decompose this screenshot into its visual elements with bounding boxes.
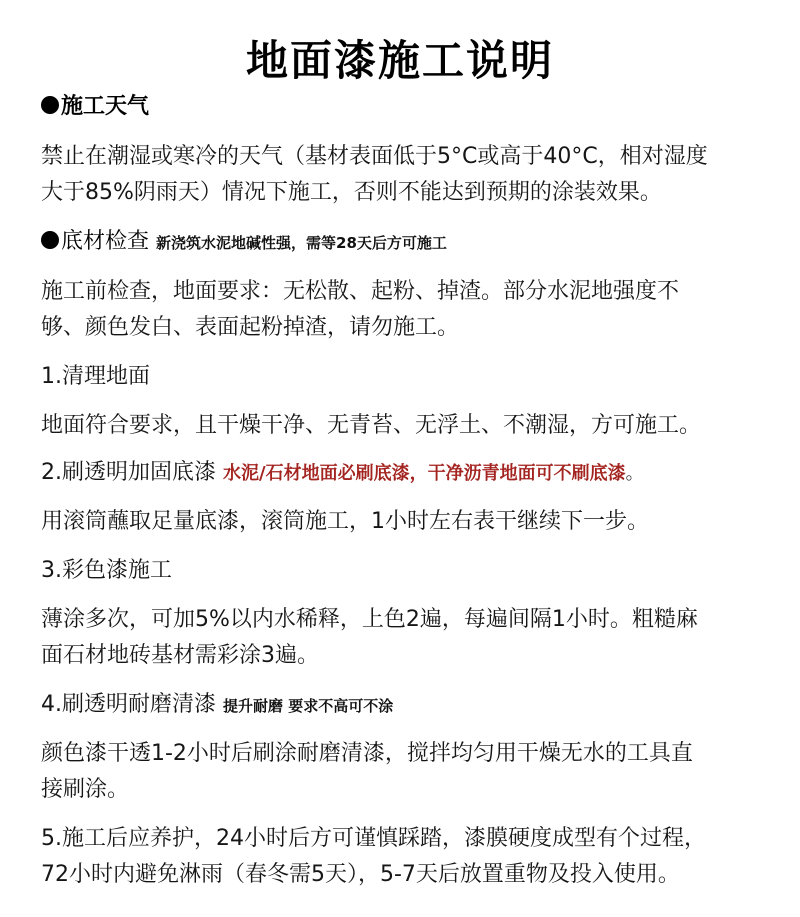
substrate-note: 新浇筑水泥地碱性强，需等28天后方可施工 bbox=[156, 234, 447, 252]
step2-text: 用滚筒蘸取足量底漆，滚筒施工，1小时左右表干继续下一步。 bbox=[41, 507, 649, 537]
section-weather-heading: 施工天气 bbox=[41, 92, 149, 122]
weather-text-line-2: 大于85%阴雨天）情况下施工，否则不能达到预期的涂装效果。 bbox=[41, 178, 662, 208]
step2-heading: 2.刷透明加固底漆 水泥/石材地面必刷底漆，干净沥青地面可不刷底漆。 bbox=[41, 458, 644, 489]
heading-text: 2.刷透明加固底漆 bbox=[41, 460, 216, 485]
step1-heading: 1.清理地面 bbox=[41, 362, 150, 392]
step3-text-line-1: 薄涂多次，可加5%以内水稀释，上色2遍，每遍间隔1小时。粗糙麻 bbox=[41, 605, 698, 635]
step4-note: 提升耐磨 要求不高可不涂 bbox=[223, 697, 393, 715]
step5-text-line-1: 5.施工后应养护，24小时后方可谨慎踩踏，漆膜硬度成型有个过程， bbox=[41, 824, 706, 854]
heading-text: 4.刷透明耐磨清漆 bbox=[41, 692, 216, 717]
page-title: 地面漆施工说明 bbox=[0, 28, 800, 88]
weather-text-line-1: 禁止在潮湿或寒冷的天气（基材表面低于5°C或高于40°C，相对湿度 bbox=[41, 142, 708, 172]
step2-warning-note: 水泥/石材地面必刷底漆，干净沥青地面可不刷底漆 bbox=[223, 463, 626, 484]
step1-text: 地面符合要求，且干燥干净、无青苔、无浮土、不潮湿，方可施工。 bbox=[41, 411, 701, 441]
step5-text-line-2: 72小时内避免淋雨（春冬需5天），5-7天后放置重物及投入使用。 bbox=[41, 860, 680, 890]
step3-text-line-2: 面石材地砖基材需彩涂3遍。 bbox=[41, 641, 319, 671]
heading-text: 施工天气 bbox=[61, 94, 149, 119]
step4-text-line-2: 接刷涂。 bbox=[41, 775, 129, 805]
step4-text-line-1: 颜色漆干透1-2小时后刷涂耐磨清漆，搅拌均匀用干燥无水的工具直 bbox=[41, 739, 693, 769]
note-tail: 。 bbox=[626, 463, 644, 484]
bullet-icon bbox=[41, 231, 59, 249]
step3-heading: 3.彩色漆施工 bbox=[41, 556, 172, 586]
bullet-icon bbox=[41, 96, 59, 114]
substrate-text-line-2: 够、颜色发白、表面起粉掉渣，请勿施工。 bbox=[41, 313, 459, 343]
substrate-text-line-1: 施工前检查，地面要求：无松散、起粉、掉渣。部分水泥地强度不 bbox=[41, 277, 679, 307]
heading-text: 底材检查 bbox=[61, 229, 149, 254]
section-substrate-heading: 底材检查 新浇筑水泥地碱性强，需等28天后方可施工 bbox=[41, 227, 447, 258]
step4-heading: 4.刷透明耐磨清漆 提升耐磨 要求不高可不涂 bbox=[41, 690, 393, 721]
